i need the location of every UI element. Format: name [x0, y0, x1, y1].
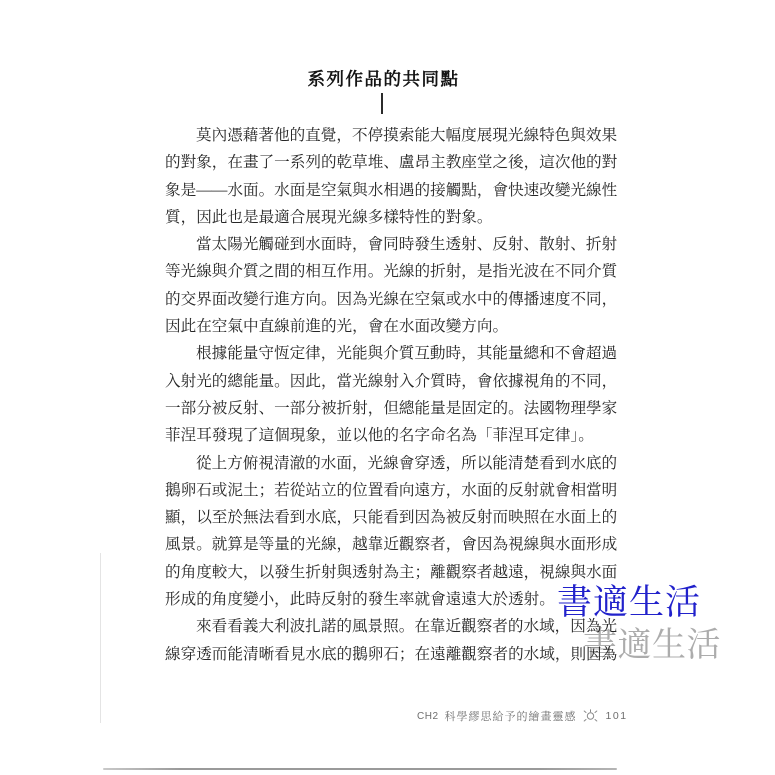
body-line: 菲涅耳發現了這個現象，並以他的名字命名為「菲涅耳定律」。 [165, 422, 621, 449]
watermark-store-blue: 書適生活 [557, 575, 701, 625]
body-line: 等光線與介質之間的相互作用。光線的折射，是指光波在不同介質 [165, 258, 621, 285]
body-line: 風景。就算是等量的光線，越靠近觀察者，會因為視線與水面形成 [165, 531, 621, 558]
body-line: 因此在空氣中直線前進的光，會在水面改變方向。 [165, 313, 621, 340]
body-text: 莫內憑藉著他的直覺，不停摸索能大幅度展現光線特色與效果 的對象，在畫了一系列的乾… [165, 122, 621, 668]
page-footer: CH2 科學繆思給予的繪畫靈感 101 [417, 708, 628, 724]
body-line: 一部分被反射、一部分被折射，但總能量是固定的。法國物理學家 [165, 395, 621, 422]
body-line: 從上方俯視清澈的水面，光線會穿透，所以能清楚看到水底的 [165, 450, 621, 477]
book-page-photo: 系列作品的共同點 莫內憑藉著他的直覺，不停摸索能大幅度展現光線特色與效果 的對象… [0, 0, 775, 775]
body-line: 的對象，在畫了一系列的乾草堆、盧昂主教座堂之後，這次他的對 [165, 149, 621, 176]
body-line: 鵝卵石或泥土；若從站立的位置看向遠方，水面的反射就會相當明 [165, 477, 621, 504]
body-line: 形成的角度變小，此時反射的發生率就會遠遠大於透射。 [165, 586, 621, 613]
title-divider [381, 93, 383, 114]
chapter-label: CH2 [417, 711, 439, 722]
next-page-edge-line [103, 768, 617, 770]
body-line: 來看看義大利波扎諾的風景照。在靠近觀察者的水域，因為光 [165, 613, 621, 640]
body-line: 莫內憑藉著他的直覺，不停摸索能大幅度展現光線特色與效果 [165, 122, 621, 149]
body-line: 當太陽光觸碰到水面時，會同時發生透射、反射、散射、折射 [165, 231, 621, 258]
page-number: 101 [606, 710, 628, 722]
section-heading: 系列作品的共同點 [165, 66, 602, 91]
body-line: 的角度較大，以發生折射與透射為主；離觀察者越遠，視線與水面 [165, 559, 621, 586]
chapter-ornament-icon [583, 709, 598, 723]
page-edge-shadow [100, 553, 101, 723]
body-line: 顯，以至於無法看到水底，只能看到因為被反射而映照在水面上的 [165, 504, 621, 531]
body-line: 的交界面改變行進方向。因為光線在空氣或水中的傳播速度不同， [165, 286, 621, 313]
body-line: 入射光的總能量。因此，當光線射入介質時，會依據視角的不同， [165, 368, 621, 395]
body-line: 根據能量守恆定律，光能與介質互動時，其能量總和不會超過 [165, 340, 621, 367]
body-line: 質，因此也是最適合展現光線多樣特性的對象。 [165, 204, 621, 231]
chapter-title: 科學繆思給予的繪畫靈感 [445, 708, 577, 724]
body-line: 象是——水面。水面是空氣與水相遇的接觸點，會快速改變光線性 [165, 177, 621, 204]
body-line: 線穿透而能清晰看見水底的鵝卵石；在遠離觀察者的水域，則因為 [165, 641, 621, 668]
